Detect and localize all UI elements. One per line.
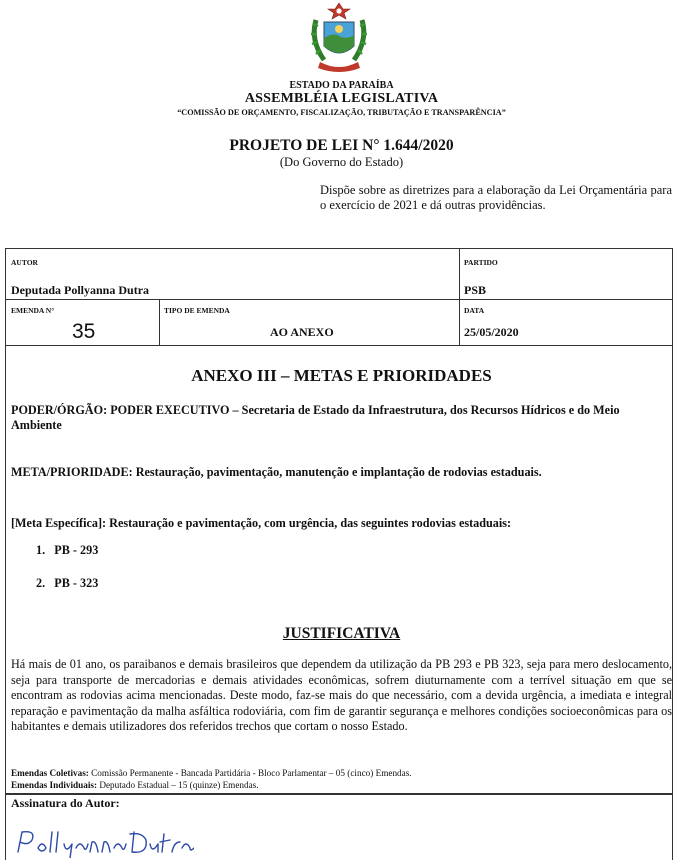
date-value: 25/05/2020 <box>464 325 519 340</box>
annex-title: ANEXO III – METAS E PRIORIDADES <box>0 366 683 386</box>
goal-value: Restauração, pavimentação, manutenção e … <box>136 465 542 479</box>
collective-label: Emendas Coletivas: <box>11 768 89 778</box>
author-value: Deputada Pollyanna Dutra <box>11 283 149 298</box>
road-item-1: 1. PB - 293 <box>36 543 98 558</box>
party-label: PARTIDO <box>464 258 498 267</box>
bill-origin: (Do Governo do Estado) <box>0 155 683 170</box>
state-name: ESTADO DA PARAÍBA <box>0 80 683 91</box>
signature-divider <box>5 793 673 794</box>
state-coat-of-arms-icon <box>306 2 372 74</box>
bill-title: PROJETO DE LEI N° 1.644/2020 <box>0 137 683 155</box>
amendment-number-value: 35 <box>72 320 95 344</box>
assembly-name: ASSEMBLÉIA LEGISLATIVA <box>0 91 683 107</box>
commission-name: “COMISSÃO DE ORÇAMENTO, FISCALIZAÇÃO, TR… <box>0 108 683 117</box>
author-label: AUTOR <box>11 258 38 267</box>
power-label: PODER/ÓRGÃO: <box>11 403 107 417</box>
goal: META/PRIORIDADE: Restauração, pavimentaç… <box>11 465 671 480</box>
individual-amendments: Emendas Individuais: Deputado Estadual –… <box>11 780 259 790</box>
amendment-type-label: TIPO DE EMENDA <box>164 306 230 315</box>
goal-label: META/PRIORIDADE: <box>11 465 133 479</box>
bill-summary: Dispõe sobre as diretrizes para a elabor… <box>320 183 672 213</box>
date-label: DATA <box>464 306 484 315</box>
specific-label: [Meta Específica]: <box>11 516 106 530</box>
amendment-type-value: AO ANEXO <box>270 325 334 340</box>
specific-value: Restauração e pavimentação, com urgência… <box>109 516 511 530</box>
amendment-number-label: EMENDA N° <box>11 306 54 315</box>
individual-value: Deputado Estadual – 15 (quinze) Emendas. <box>99 780 258 790</box>
signature-label: Assinatura do Autor: <box>11 796 120 811</box>
collective-value: Comissão Permanente - Bancada Partidária… <box>91 768 411 778</box>
specific-goal: [Meta Específica]: Restauração e pavimen… <box>11 516 671 531</box>
power-organ: PODER/ÓRGÃO: PODER EXECUTIVO – Secretari… <box>11 403 671 433</box>
party-value: PSB <box>464 283 486 298</box>
collective-amendments: Emendas Coletivas: Comissão Permanente -… <box>11 768 412 778</box>
justification-title: JUSTIFICATIVA <box>0 625 683 643</box>
author-signature <box>14 826 194 858</box>
justification-text: Há mais de 01 ano, os paraibanos e demai… <box>11 657 672 735</box>
individual-label: Emendas Individuais: <box>11 780 97 790</box>
road-item-2: 2. PB - 323 <box>36 576 98 591</box>
